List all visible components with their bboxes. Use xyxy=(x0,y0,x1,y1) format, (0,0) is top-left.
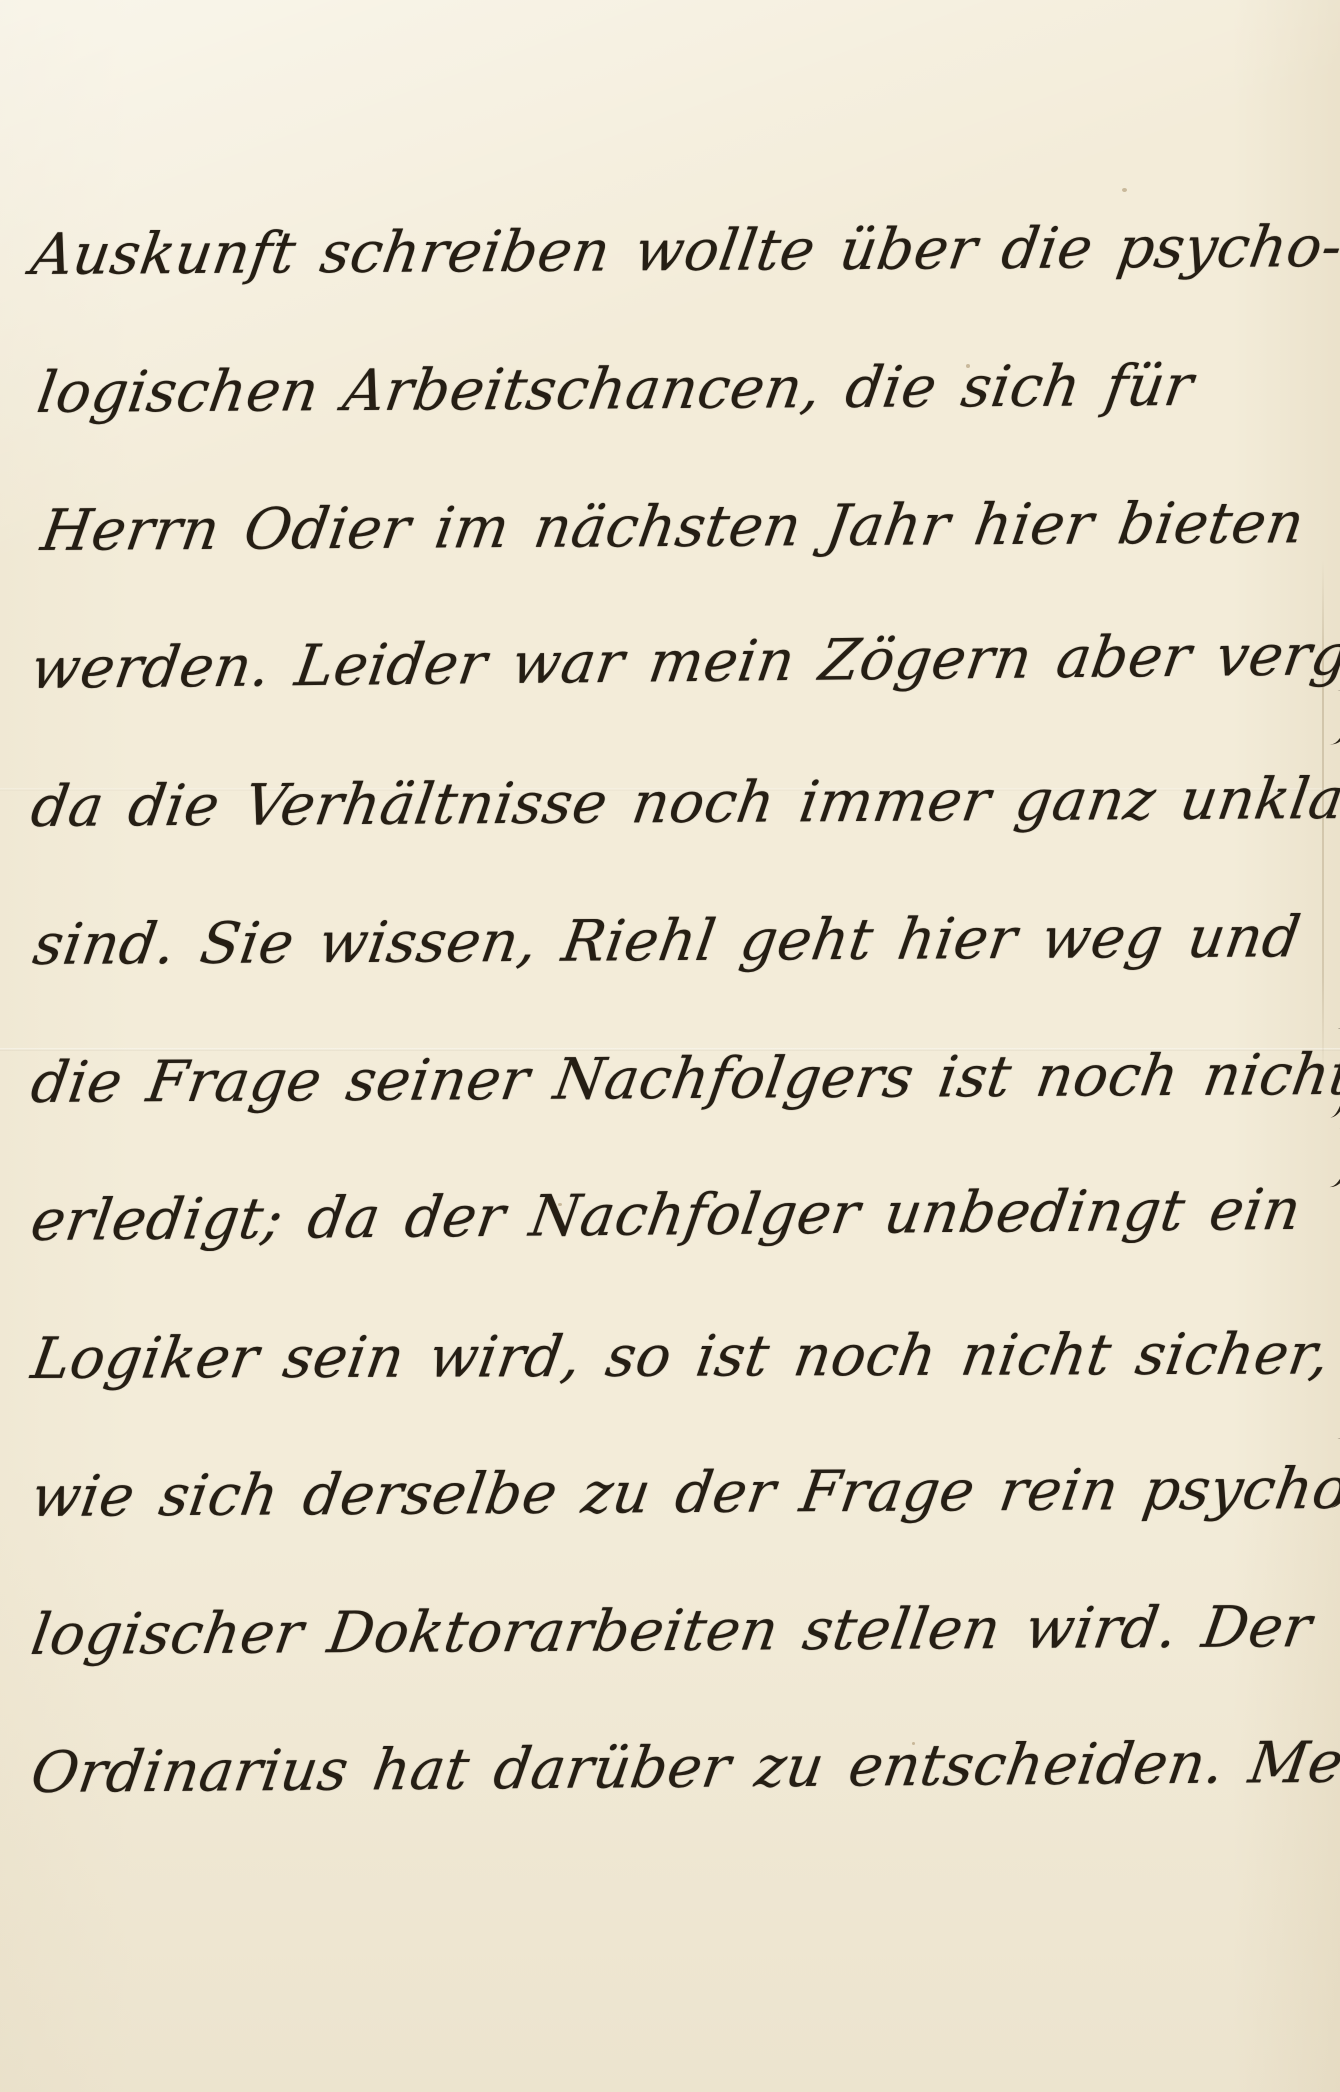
paper-speck xyxy=(1122,188,1127,192)
handwriting-line: Ordinarius hat darüber zu entscheiden. M… xyxy=(16,1730,1340,1878)
letter-page: Auskunft schreiben wollte über die psych… xyxy=(0,0,1340,2092)
handwriting-line: Logiker sein wird, so ist noch nicht sic… xyxy=(16,1321,1340,1464)
handwriting-line: Auskunft schreiben wollte über die psych… xyxy=(16,214,1340,360)
handwriting-line: erledigt; da der Nachfolger unbedingt ei… xyxy=(16,1176,1340,1326)
handwriting-line: logischer Doktorarbeiten stellen wird. D… xyxy=(16,1594,1340,1740)
handwriting-line: sind. Sie wissen, Riehl geht hier weg un… xyxy=(16,904,1340,1050)
handwriting-line: logischen Arbeitschancen, die sich für xyxy=(16,352,1340,498)
handwriting-line: Herrn Odier im nächsten Jahr hier bieten xyxy=(16,490,1340,636)
handwriting-line: wie sich derselbe zu der Frage rein psyc… xyxy=(16,1456,1340,1602)
handwriting-line: die Frage seiner Nachfolgers ist noch ni… xyxy=(16,1042,1340,1188)
handwriting-line: da die Verhältnisse noch immer ganz unkl… xyxy=(16,766,1340,912)
handwriting-line: werden. Leider war mein Zögern aber verg… xyxy=(16,622,1340,774)
letter-body: Auskunft schreiben wollte über die psych… xyxy=(16,222,1336,1878)
